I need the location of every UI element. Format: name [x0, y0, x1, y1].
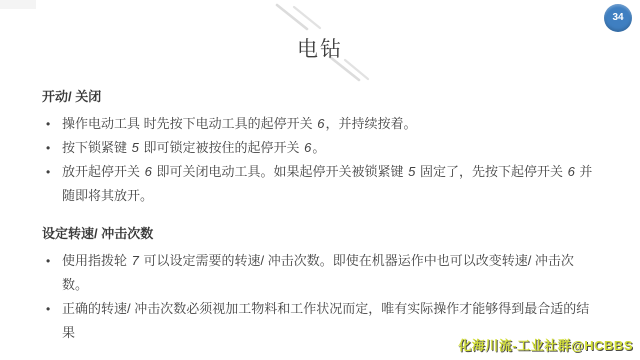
reference-number: 6: [303, 140, 312, 155]
slide-title: 电钻: [0, 33, 640, 63]
bullet-item: 操作电动工具 时先按下电动工具的起停开关 6，并持续按着。: [42, 112, 598, 136]
section-heading: 设定转速/ 冲击次数: [42, 226, 598, 242]
bullet-list: 使用指拨轮 7 可以设定需要的转速/ 冲击次数。即使在机器运作中也可以改变转速/…: [42, 249, 598, 345]
reference-number: 6: [144, 164, 153, 179]
watermark: 化海川流-工业社群@HCBBS: [458, 335, 633, 354]
top-left-artifact: [0, 0, 36, 9]
section-heading: 开动/ 关闭: [42, 89, 598, 105]
reference-number: 6: [567, 164, 576, 179]
reference-number: 5: [131, 140, 140, 155]
reference-number: 6: [316, 116, 325, 131]
slide-content: 开动/ 关闭操作电动工具 时先按下电动工具的起停开关 6，并持续按着。按下锁紧键…: [42, 89, 598, 360]
slide: 34 电钻 开动/ 关闭操作电动工具 时先按下电动工具的起停开关 6，并持续按着…: [0, 0, 640, 360]
bullet-list: 操作电动工具 时先按下电动工具的起停开关 6，并持续按着。按下锁紧键 5 即可锁…: [42, 112, 598, 208]
bullet-item: 放开起停开关 6 即可关闭电动工具。如果起停开关被锁紧键 5 固定了，先按下起停…: [42, 160, 598, 208]
bullet-item: 使用指拨轮 7 可以设定需要的转速/ 冲击次数。即使在机器运作中也可以改变转速/…: [42, 249, 598, 297]
page-number: 34: [612, 13, 623, 23]
bullet-item: 按下锁紧键 5 即可锁定被按住的起停开关 6。: [42, 136, 598, 160]
page-number-badge: 34: [604, 4, 632, 32]
reference-number: 7: [131, 253, 140, 268]
reference-number: 5: [407, 164, 416, 179]
